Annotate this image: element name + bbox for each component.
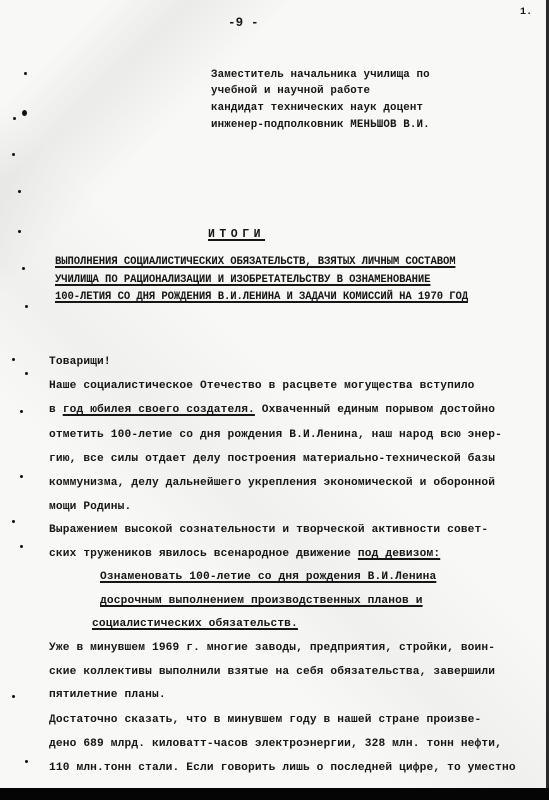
paragraph1-line1: Наше социалистическое Отечество в расцве… <box>49 379 475 393</box>
margin-speck <box>20 475 23 478</box>
margin-speck <box>12 358 15 361</box>
paragraph2-line2: ских тружеников явилось всенародное движ… <box>49 547 440 561</box>
margin-speck <box>25 372 28 375</box>
margin-speck <box>22 267 25 270</box>
corner-mark: 1. <box>520 6 532 20</box>
paragraph3-line2: ские коллективы выполнили взятые на себя… <box>49 665 495 679</box>
paragraph3-line1: Уже в минувшем 1969 г. многие заводы, пр… <box>49 641 495 655</box>
margin-speck <box>12 520 15 523</box>
scan-bottom-edge <box>0 788 549 800</box>
text-segment: Охваченный единым порывом достойно <box>255 404 495 416</box>
margin-speck <box>18 230 21 233</box>
margin-speck <box>20 545 23 548</box>
paragraph2-line1: Выражением высокой сознательности и твор… <box>49 523 488 537</box>
margin-speck <box>25 760 28 763</box>
margin-speck <box>24 72 27 75</box>
margin-speck <box>13 117 16 120</box>
author-line-3: кандидат технических наук доцент <box>211 101 423 115</box>
margin-speck <box>18 190 21 193</box>
heading-line-2: УЧИЛИЩА ПО РАЦИОНАЛИЗАЦИИ И ИЗОБРЕТАТЕЛЬ… <box>55 273 430 287</box>
paragraph1-line2: в год юбилея своего создателя. Охваченны… <box>49 403 495 417</box>
scanned-document-page: -9 - 1. Заместитель начальника училища п… <box>0 0 549 800</box>
paragraph1-line4: гию, все силы отдает делу построения мат… <box>49 452 495 466</box>
underlined-phrase: под девизом: <box>358 548 440 560</box>
salutation: Товарищи! <box>49 355 111 369</box>
margin-speck <box>22 110 27 116</box>
paragraph1-line5: коммунизма, делу дальнейшего укрепления … <box>49 476 495 490</box>
motto-line-1: Ознаменовать 100-летие со дня рождения В… <box>100 570 436 584</box>
author-line-2: учебной и научной работе <box>211 84 370 98</box>
motto-line-3: социалистических обязательств. <box>92 617 298 631</box>
text-segment: в <box>49 404 63 416</box>
motto-line-2: досрочным выполнением производственных п… <box>100 594 423 608</box>
author-line-4: инженер-подполковник МЕНЬШОВ В.И. <box>211 118 430 132</box>
margin-speck <box>12 695 15 698</box>
margin-speck <box>20 410 23 413</box>
paragraph1-line3: отметить 100-летие со дня рождения В.И.Л… <box>49 428 502 442</box>
paragraph4-line3: 110 млн.тонн стали. Если говорить лишь о… <box>49 761 516 775</box>
document-title: ИТОГИ <box>208 228 265 242</box>
margin-speck <box>12 153 15 156</box>
text-segment: ских тружеников явилось всенародное движ… <box>49 548 358 560</box>
paragraph4-line2: дено 689 млрд. киловатт-часов электроэне… <box>49 737 502 751</box>
heading-line-3: 100-ЛЕТИЯ СО ДНЯ РОЖДЕНИЯ В.И.ЛЕНИНА И З… <box>55 290 468 304</box>
paragraph3-line3: пятилетние планы. <box>49 688 166 702</box>
paragraph1-line6: мощи Родины. <box>49 500 131 514</box>
author-line-1: Заместитель начальника училища по <box>211 68 430 82</box>
underlined-phrase: год юбилея своего создателя. <box>63 404 255 416</box>
paragraph4-line1: Достаточно сказать, что в минувшем году … <box>49 713 481 727</box>
heading-line-1: ВЫПОЛНЕНИЯ СОЦИАЛИСТИЧЕСКИХ ОБЯЗАТЕЛЬСТВ… <box>55 255 455 269</box>
margin-speck <box>25 305 28 308</box>
page-number: -9 - <box>228 16 259 30</box>
